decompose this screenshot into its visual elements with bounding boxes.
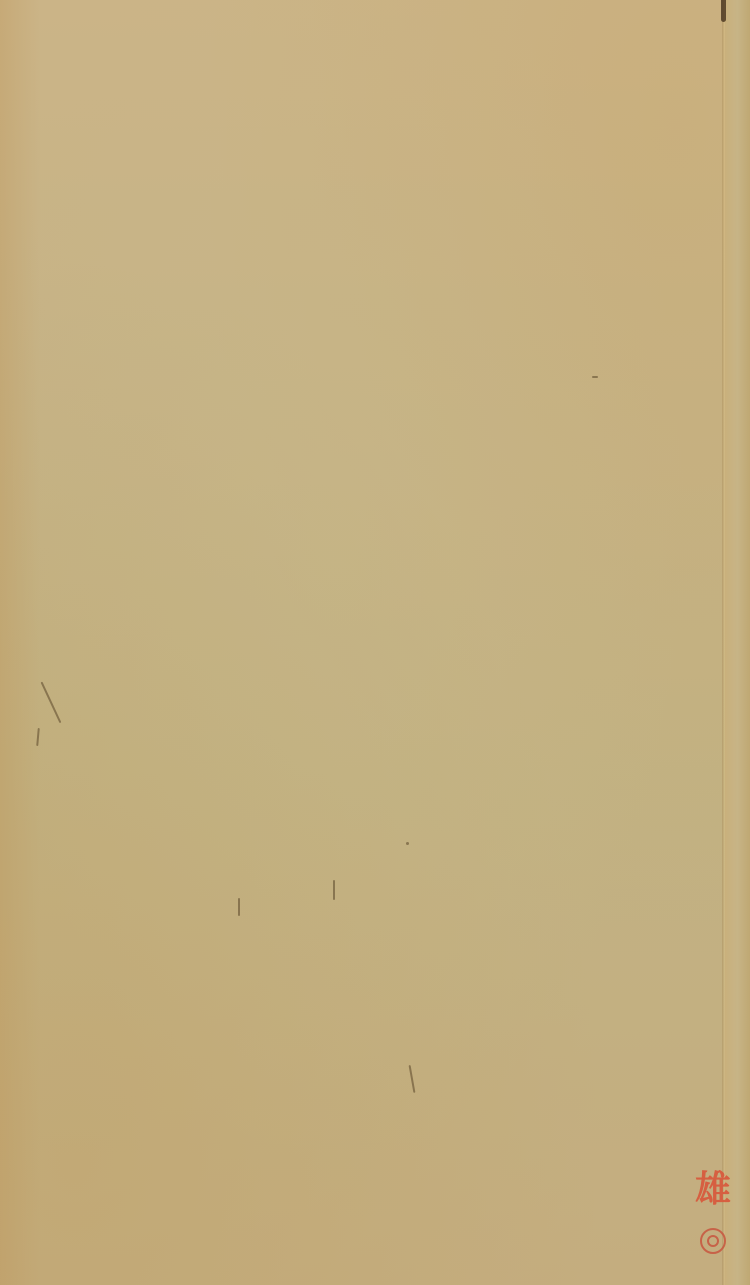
paper-fiber: [238, 898, 240, 916]
binding-thread: [721, 0, 726, 22]
double-circle-icon: [700, 1228, 726, 1254]
paper-fiber: [406, 842, 409, 845]
book-page: 雄: [0, 0, 750, 1285]
binding-strip: [725, 0, 750, 1285]
page-edge-stain: [0, 0, 40, 1285]
paper-fiber: [41, 682, 61, 723]
paper-fiber: [592, 376, 598, 378]
paper-fiber: [409, 1065, 415, 1093]
paper-fiber: [333, 880, 335, 900]
seal-stamp: 雄: [688, 1168, 738, 1210]
